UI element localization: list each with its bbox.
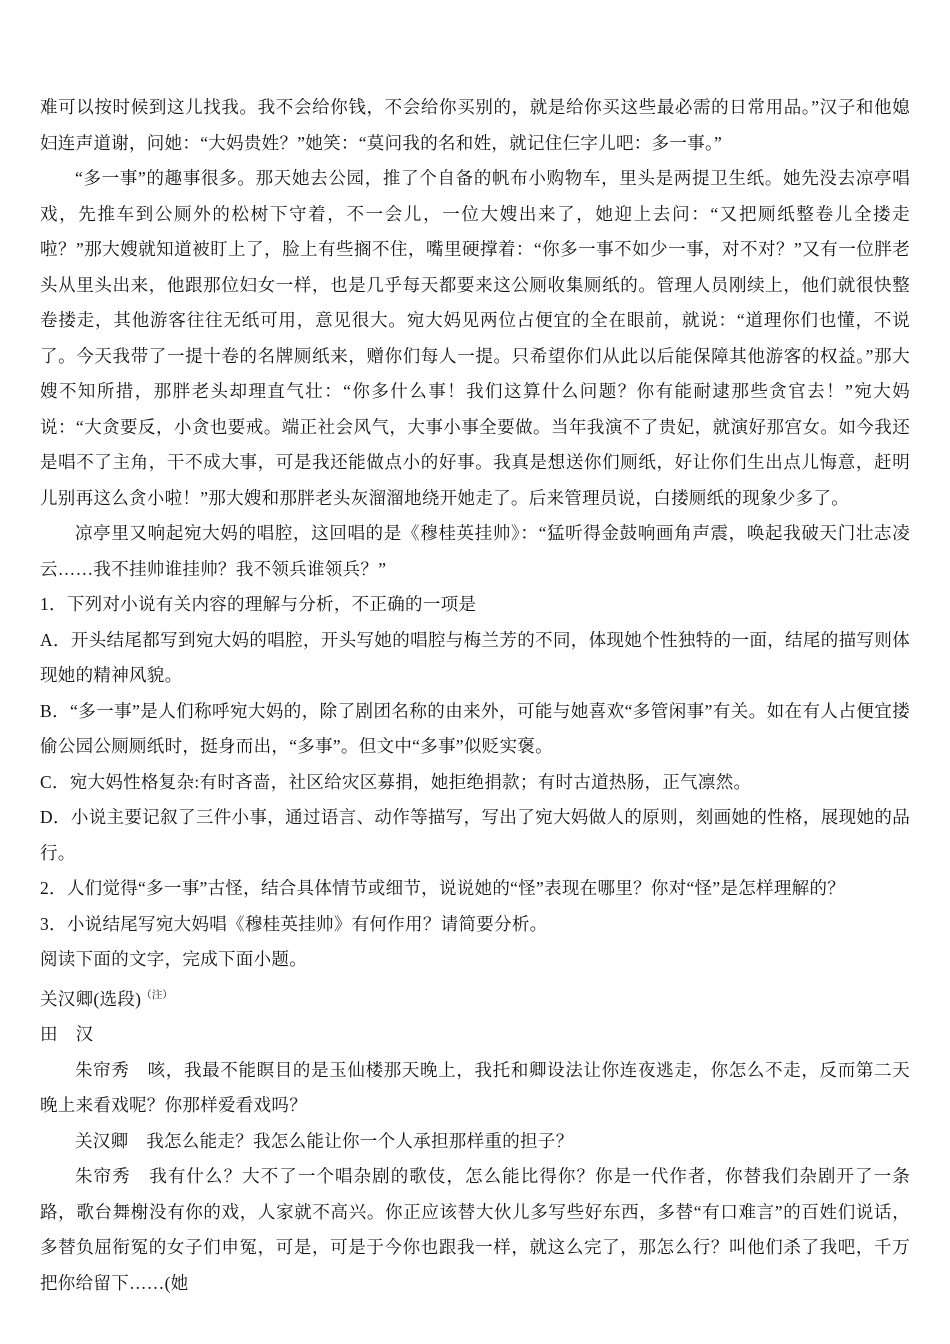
passage1-paragraph-continuation: 难可以按时候到这儿找我。我不会给你钱，不会给你买别的，就是给你买这些最必需的日常… [40, 90, 910, 161]
question-3: 3．小说结尾写宛大妈唱《穆桂英挂帅》有何作用？请简要分析。 [40, 907, 910, 943]
exam-document-page: 难可以按时候到这儿找我。我不会给你钱，不会给你买别的，就是给你买这些最必需的日常… [0, 0, 950, 1344]
question-1-option-a: A．开头结尾都写到宛大妈的唱腔，开头写她的唱腔与梅兰芳的不同，体现她个性独特的一… [40, 623, 910, 694]
dialogue-line-1: 朱帘秀 咳，我最不能瞑目的是玉仙楼那天晚上，我托和卿设法让你连夜逃走，你怎么不走… [40, 1053, 910, 1124]
question-1-option-d: D．小说主要记叙了三件小事，通过语言、动作等描写，写出了宛大妈做人的原则，刻画她… [40, 800, 910, 871]
passage2-title: 关汉卿(选段) [40, 989, 141, 1009]
passage2-instruction: 阅读下面的文字，完成下面小题。 [40, 942, 910, 978]
dialogue-line-3: 朱帘秀 我有什么？大不了一个唱杂剧的歌伎，怎么能比得你？你是一代作者，你替我们杂… [40, 1159, 910, 1301]
passage2-author: 田 汉 [40, 1017, 910, 1053]
passage1-paragraph-2: “多一事”的趣事很多。那天她去公园，推了个自备的帆布小购物车，里头是两提卫生纸。… [40, 161, 910, 516]
passage2-title-line: 关汉卿(选段)（注） [40, 978, 910, 1018]
question-1-option-c: C．宛大妈性格复杂:有时吝啬，社区给灾区募捐，她拒绝捐款；有时古道热肠，正气凛然… [40, 765, 910, 801]
question-1: 1．下列对小说有关内容的理解与分析，不正确的一项是 [40, 587, 910, 623]
question-2: 2．人们觉得“多一事”古怪，结合具体情节或细节，说说她的“怪”表现在哪里？你对“… [40, 871, 910, 907]
passage2-title-note: （注） [141, 990, 173, 1001]
passage1-paragraph-3: 凉亭里又响起宛大妈的唱腔，这回唱的是《穆桂英挂帅》：“猛听得金鼓响画角声震，唤起… [40, 516, 910, 587]
dialogue-line-2: 关汉卿 我怎么能走？我怎么能让你一个人承担那样重的担子？ [40, 1124, 910, 1160]
question-1-option-b: B．“多一事”是人们称呼宛大妈的，除了剧团名称的由来外，可能与她喜欢“多管闲事”… [40, 694, 910, 765]
